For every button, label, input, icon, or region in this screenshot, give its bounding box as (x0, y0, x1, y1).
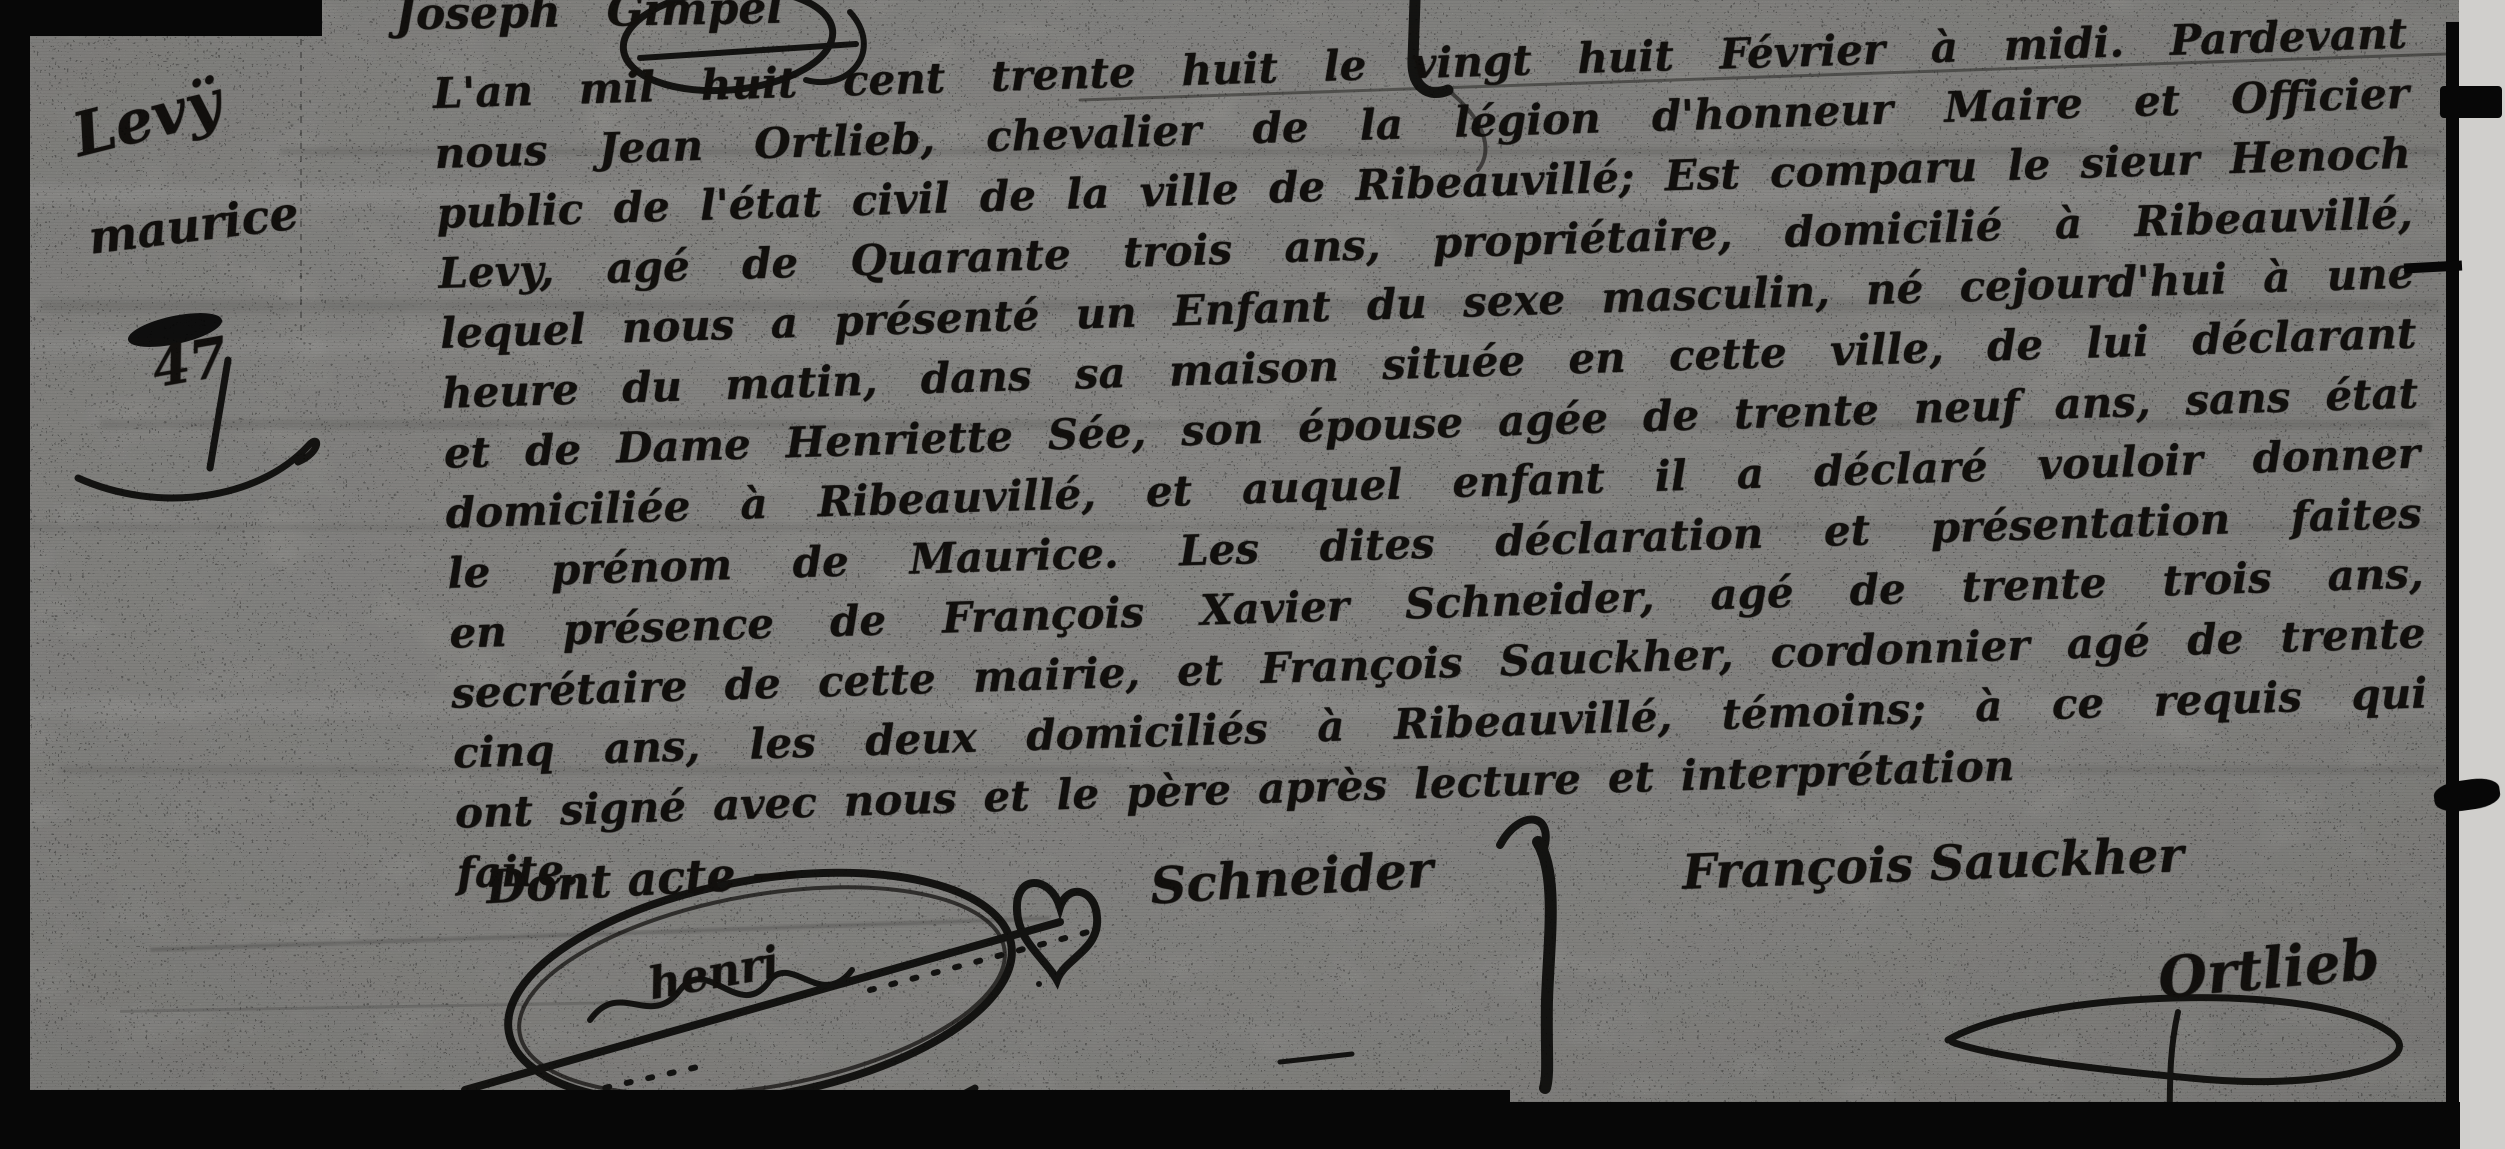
scratch-line (150, 916, 1050, 951)
father-signature: henri (645, 937, 784, 1010)
margin-surname: Levÿ (66, 67, 229, 171)
margin-act-number: 47 (147, 324, 232, 400)
margin-given-name: maurice (85, 185, 301, 264)
scan-border-left (0, 0, 30, 1149)
heart-paraph (1017, 883, 1097, 987)
scanned-document-page: Joseph Gimpel Levÿ maurice 47 L'an mil h… (0, 0, 2505, 1149)
page-edge-strip (2459, 0, 2505, 1149)
previous-record-signature: Joseph Gimpel (395, 0, 784, 40)
ink-blot (2440, 86, 2502, 118)
scan-border-bottom (0, 1090, 1510, 1149)
act-text-block: L'an mil huit cent trente huit le vingt … (432, 4, 2432, 904)
scan-border-bottom (1480, 1102, 2460, 1149)
scan-rule-right (2446, 22, 2459, 1149)
scratch-line (120, 1000, 680, 1013)
mayor-signature: Ortlieb (2156, 926, 2382, 1011)
scan-border-topleft (0, 0, 322, 36)
fold-crease (300, 0, 302, 340)
